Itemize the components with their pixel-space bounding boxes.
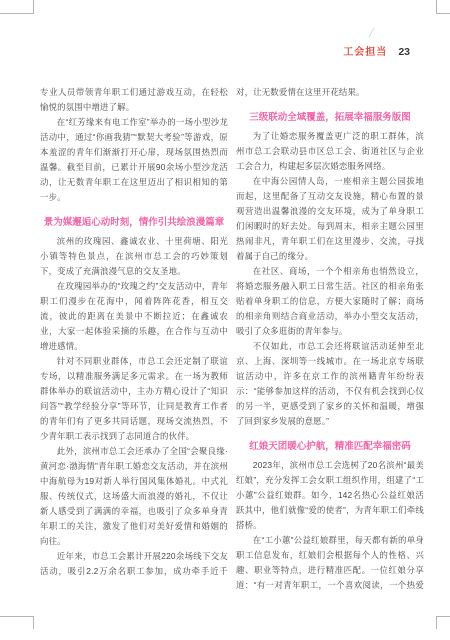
decorative-slash (368, 27, 374, 37)
section-heading: 三级联动全域覆盖，拓展幸福服务版图 (236, 110, 424, 125)
article-paragraph: 在社区、商场，一个个相亲角也悄然设立，将婚恋服务融入职工日常生活。社区的相亲角张… (236, 264, 424, 339)
crop-mark-top-right (436, 0, 450, 14)
crop-mark-bottom-left (0, 616, 34, 629)
article-paragraph: 此外，滨州市总工会还承办了全国“会聚良缘·黄河恋·渤海情”青年职工婚恋交友活动，… (40, 444, 228, 549)
crop-mark-top-left (0, 0, 34, 14)
running-head: 工会担当 23 (343, 43, 410, 58)
section-heading: 红娘天团暖心护航，精准匹配幸福密码 (236, 439, 424, 454)
article-paragraph: 在中海公园情人岛，一座相亲主题公园拔地而起，这里配备了互动交友设施，精心布置的景… (236, 174, 424, 264)
article-paragraph: 在“红芳缘来有电工作室”举办的一场小型沙龙活动中，通过“你画我猜”“默契大考验”… (40, 115, 228, 205)
article-columns: 专业人员带领青年职工们通过游戏互动，在轻松愉悦的氛围中增进了解。在“红芳缘来有电… (40, 85, 424, 593)
article-paragraph: 不仅如此，市总工会还将联谊活动延伸至北京、上海、深圳等一线城市。在一场北京专场联… (236, 339, 424, 429)
article-paragraph: 滨州的玫瑰园、鑫诚农业、十里荷塘、阳光小镇等特色景点，在滨州市总工会的巧妙策划下… (40, 234, 228, 279)
article-paragraph: 专业人员带领青年职工们通过游戏互动，在轻松愉悦的氛围中增进了解。 (40, 85, 228, 115)
section-label: 工会担当 (343, 43, 387, 58)
article-paragraph: 为了让婚恋服务覆盖更广泛的职工群体，滨州市总工会联动县市区总工会、街道社区与企业… (236, 129, 424, 174)
article-paragraph: 2023年，滨州市总工会选树了20名滨州“最美红娘”，充分发挥工会女职工组织作用… (236, 458, 424, 533)
page-number: 23 (398, 46, 410, 58)
crop-mark-bottom-right (436, 616, 450, 629)
article-paragraph: 在玫瑰园举办的“玫瑰之约”交友活动中，青年职工们漫步在花海中，闻着阵阵花香，相互… (40, 279, 228, 354)
article-paragraph: 针对不同职业群体，市总工会还定制了联谊专场，以精准服务满足多元需求。在一场为教师… (40, 354, 228, 444)
section-heading: 景为媒邂逅心动时刻，情作引共绘浪漫篇章 (40, 215, 228, 230)
magazine-page: 工会担当 23 专业人员带领青年职工们通过游戏互动，在轻松愉悦的氛围中增进了解。… (0, 0, 450, 640)
